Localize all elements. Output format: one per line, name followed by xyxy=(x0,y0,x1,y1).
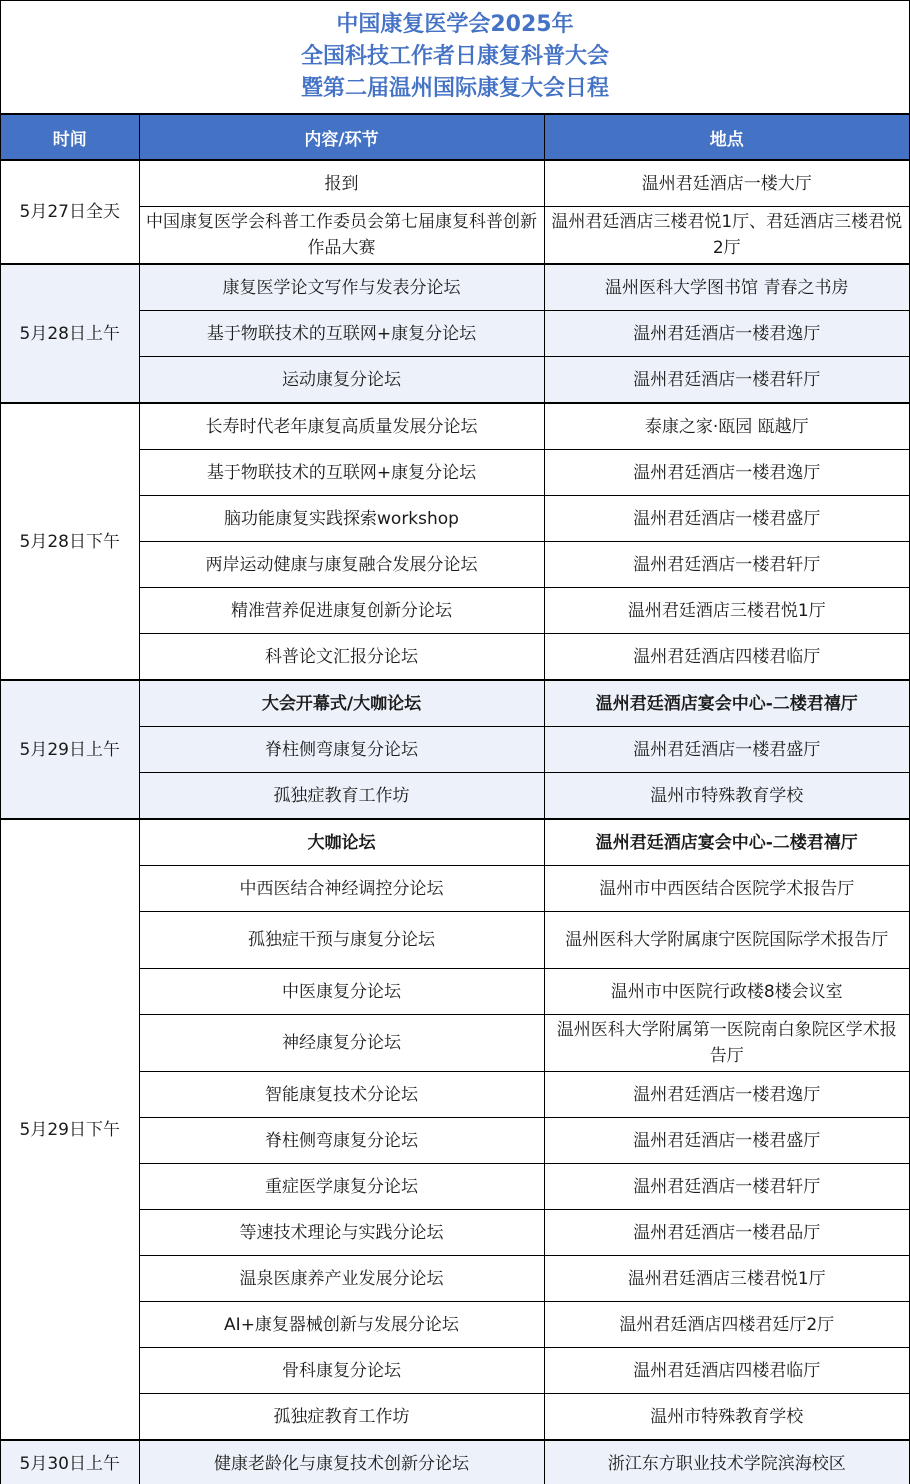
location-cell: 温州君廷酒店四楼君临厅 xyxy=(544,1348,909,1394)
location-cell: 温州市中医院行政楼8楼会议室 xyxy=(544,969,909,1015)
content-cell: 神经康复分论坛 xyxy=(139,1015,544,1072)
location-cell: 温州君廷酒店一楼君轩厅 xyxy=(544,357,909,404)
table-row: 5月30日上午 健康老龄化与康复技术创新分论坛 浙江东方职业技术学院滨海校区 xyxy=(1,1440,909,1484)
content-cell: 脊柱侧弯康复分论坛 xyxy=(139,727,544,773)
header-content: 内容/环节 xyxy=(139,115,544,160)
time-cell: 5月30日上午 xyxy=(1,1440,139,1484)
header-row: 时间 内容/环节 地点 xyxy=(1,115,909,160)
content-cell: AI+康复器械创新与发展分论坛 xyxy=(139,1302,544,1348)
table-row: 5月28日下午 长寿时代老年康复高质量发展分论坛 泰康之家·瓯园 瓯越厅 xyxy=(1,403,909,450)
content-cell: 中国康复医学会科普工作委员会第七届康复科普创新作品大赛 xyxy=(139,207,544,265)
table-row: 5月27日全天 报到 温州君廷酒店一楼大厅 xyxy=(1,160,909,207)
location-cell: 浙江东方职业技术学院滨海校区 xyxy=(544,1440,909,1484)
content-cell: 康复医学论文写作与发表分论坛 xyxy=(139,264,544,311)
time-cell: 5月29日上午 xyxy=(1,680,139,819)
content-cell: 大会开幕式/大咖论坛 xyxy=(139,680,544,727)
content-cell: 运动康复分论坛 xyxy=(139,357,544,404)
location-cell: 温州君廷酒店四楼君临厅 xyxy=(544,634,909,681)
location-cell: 温州君廷酒店一楼君盛厅 xyxy=(544,727,909,773)
content-cell: 中医康复分论坛 xyxy=(139,969,544,1015)
location-cell: 温州君廷酒店一楼君品厅 xyxy=(544,1210,909,1256)
content-cell: 等速技术理论与实践分论坛 xyxy=(139,1210,544,1256)
group-may28-am: 5月28日上午 康复医学论文写作与发表分论坛 温州医科大学图书馆 青春之书房 基… xyxy=(1,264,909,403)
location-cell: 温州君廷酒店一楼君逸厅 xyxy=(544,450,909,496)
group-may29-am: 5月29日上午 大会开幕式/大咖论坛 温州君廷酒店宴会中心-二楼君禧厅 脊柱侧弯… xyxy=(1,680,909,819)
content-cell: 孤独症干预与康复分论坛 xyxy=(139,912,544,969)
table-row: 5月29日下午 大咖论坛 温州君廷酒店宴会中心-二楼君禧厅 xyxy=(1,819,909,866)
title-block: 中国康复医学会2025年 全国科技工作者日康复科普大会 暨第二届温州国际康复大会… xyxy=(1,1,909,115)
location-cell: 泰康之家·瓯园 瓯越厅 xyxy=(544,403,909,450)
content-cell: 精准营养促进康复创新分论坛 xyxy=(139,588,544,634)
time-cell: 5月28日上午 xyxy=(1,264,139,403)
location-cell: 温州医科大学图书馆 青春之书房 xyxy=(544,264,909,311)
title-line-2: 全国科技工作者日康复科普大会 xyxy=(301,41,609,73)
content-cell: 脑功能康复实践探索workshop xyxy=(139,496,544,542)
location-cell: 温州君廷酒店一楼大厅 xyxy=(544,160,909,207)
time-cell: 5月29日下午 xyxy=(1,819,139,1440)
schedule-table: 时间 内容/环节 地点 5月27日全天 报到 温州君廷酒店一楼大厅 中国康复医学… xyxy=(1,115,909,1484)
location-cell: 温州市中西医结合医院学术报告厅 xyxy=(544,866,909,912)
location-cell: 温州医科大学附属康宁医院国际学术报告厅 xyxy=(544,912,909,969)
time-cell: 5月28日下午 xyxy=(1,403,139,680)
content-cell: 长寿时代老年康复高质量发展分论坛 xyxy=(139,403,544,450)
content-cell: 报到 xyxy=(139,160,544,207)
location-cell: 温州君廷酒店三楼君悦1厅 xyxy=(544,588,909,634)
content-cell: 温泉医康养产业发展分论坛 xyxy=(139,1256,544,1302)
schedule-sheet: 中国康复医学会2025年 全国科技工作者日康复科普大会 暨第二届温州国际康复大会… xyxy=(0,0,910,1484)
title-line-3: 暨第二届温州国际康复大会日程 xyxy=(301,73,609,105)
location-cell: 温州君廷酒店一楼君逸厅 xyxy=(544,1072,909,1118)
content-cell: 科普论文汇报分论坛 xyxy=(139,634,544,681)
location-cell: 温州君廷酒店三楼君悦1厅 xyxy=(544,1256,909,1302)
location-cell: 温州君廷酒店一楼君盛厅 xyxy=(544,1118,909,1164)
location-cell: 温州君廷酒店一楼君轩厅 xyxy=(544,542,909,588)
content-cell: 骨科康复分论坛 xyxy=(139,1348,544,1394)
content-cell: 基于物联技术的互联网+康复分论坛 xyxy=(139,450,544,496)
time-cell: 5月27日全天 xyxy=(1,160,139,264)
content-cell: 基于物联技术的互联网+康复分论坛 xyxy=(139,311,544,357)
content-cell: 重症医学康复分论坛 xyxy=(139,1164,544,1210)
group-may29-pm: 5月29日下午 大咖论坛 温州君廷酒店宴会中心-二楼君禧厅 中西医结合神经调控分… xyxy=(1,819,909,1440)
location-cell: 温州君廷酒店一楼君盛厅 xyxy=(544,496,909,542)
location-cell: 温州医科大学附属第一医院南白象院区学术报告厅 xyxy=(544,1015,909,1072)
table-row: 5月29日上午 大会开幕式/大咖论坛 温州君廷酒店宴会中心-二楼君禧厅 xyxy=(1,680,909,727)
location-cell: 温州君廷酒店四楼君廷厅2厅 xyxy=(544,1302,909,1348)
content-cell: 脊柱侧弯康复分论坛 xyxy=(139,1118,544,1164)
location-cell: 温州君廷酒店一楼君轩厅 xyxy=(544,1164,909,1210)
location-cell: 温州市特殊教育学校 xyxy=(544,773,909,820)
group-may28-pm: 5月28日下午 长寿时代老年康复高质量发展分论坛 泰康之家·瓯园 瓯越厅 基于物… xyxy=(1,403,909,680)
group-may27-allday: 5月27日全天 报到 温州君廷酒店一楼大厅 中国康复医学会科普工作委员会第七届康… xyxy=(1,160,909,264)
table-row: 5月28日上午 康复医学论文写作与发表分论坛 温州医科大学图书馆 青春之书房 xyxy=(1,264,909,311)
content-cell: 中西医结合神经调控分论坛 xyxy=(139,866,544,912)
content-cell: 孤独症教育工作坊 xyxy=(139,1394,544,1441)
header-time: 时间 xyxy=(1,115,139,160)
content-cell: 健康老龄化与康复技术创新分论坛 xyxy=(139,1440,544,1484)
content-cell: 大咖论坛 xyxy=(139,819,544,866)
location-cell: 温州君廷酒店宴会中心-二楼君禧厅 xyxy=(544,680,909,727)
group-may30-am: 5月30日上午 健康老龄化与康复技术创新分论坛 浙江东方职业技术学院滨海校区 xyxy=(1,1440,909,1484)
content-cell: 两岸运动健康与康复融合发展分论坛 xyxy=(139,542,544,588)
location-cell: 温州君廷酒店宴会中心-二楼君禧厅 xyxy=(544,819,909,866)
location-cell: 温州君廷酒店三楼君悦1厅、君廷酒店三楼君悦2厅 xyxy=(544,207,909,265)
location-cell: 温州君廷酒店一楼君逸厅 xyxy=(544,311,909,357)
title-line-1: 中国康复医学会2025年 xyxy=(336,9,573,41)
content-cell: 智能康复技术分论坛 xyxy=(139,1072,544,1118)
location-cell: 温州市特殊教育学校 xyxy=(544,1394,909,1441)
header-location: 地点 xyxy=(544,115,909,160)
content-cell: 孤独症教育工作坊 xyxy=(139,773,544,820)
